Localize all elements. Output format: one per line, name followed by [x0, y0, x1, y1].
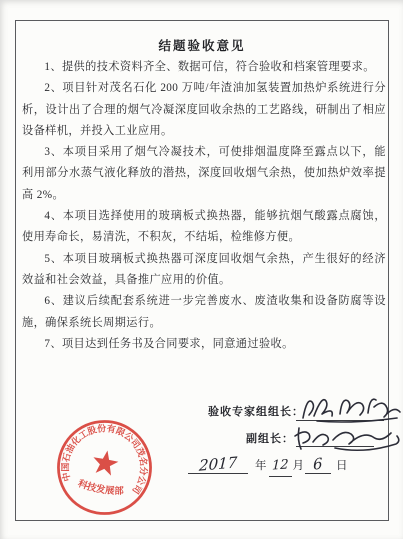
handwritten-month: 12: [271, 457, 288, 473]
opinion-item-5: 5、本项目玻璃板式换热器可深度回收烟气余热，产生很好的经济效益和社会效益，具备推…: [22, 249, 386, 292]
opinion-item-7: 7、项目达到任务书及合同要求，同意通过验收。: [22, 334, 386, 355]
scanned-document-page: 结题验收意见 1、提供的技术资料齐全、数据可信，符合验收和档案管理要求。 2、项…: [0, 0, 403, 539]
handwritten-year: 2017: [199, 453, 238, 474]
date-month-slot: 12: [269, 458, 292, 477]
date-year-slot: 2017: [188, 455, 248, 474]
document-border-frame: 结题验收意见 1、提供的技术资料齐全、数据可信，符合验收和档案管理要求。 2、项…: [15, 20, 389, 521]
company-red-seal: 中国石油化工股份有限公司茂名分公司 科技发展部: [47, 410, 162, 525]
date-day-slot: 6: [305, 455, 331, 474]
acceptance-date-row: 2017年12月6日: [188, 455, 348, 479]
year-unit-label: 年: [255, 457, 267, 473]
leader-handwritten-signature: [297, 393, 403, 425]
star-icon: [91, 448, 120, 476]
deputy-handwritten-signature: [292, 423, 403, 455]
expert-group-leader-label: 验收专家组组长：: [208, 403, 304, 419]
document-title: 结题验收意见: [16, 36, 388, 54]
month-unit-label: 月: [293, 457, 305, 473]
opinion-item-6: 6、建议后续配套系统进一步完善废水、废渣收集和设备防腐等设施，确保系统长周期运行…: [22, 291, 386, 334]
opinion-item-1: 1、提供的技术资料齐全、数据可信，符合验收和档案管理要求。: [22, 57, 386, 78]
deputy-leader-label: 副组长：: [246, 430, 294, 446]
opinion-item-3: 3、本项目采用了烟气冷凝技术，可使排烟温度降至露点以下，能利用部分水蒸气液化释放…: [22, 142, 386, 206]
handwritten-day: 6: [313, 454, 323, 473]
seal-department-text: 科技发展部: [75, 477, 126, 500]
opinion-item-4: 4、本项目选择使用的玻璃板式换热器，能够抗烟气酸露点腐蚀，使用寿命长，易清洗，不…: [22, 206, 386, 249]
opinion-item-2: 2、项目针对茂名石化 200 万吨/年渣油加氢装置加热炉系统进行分析，设计出了合…: [22, 78, 386, 142]
acceptance-opinion-body: 1、提供的技术资料齐全、数据可信，符合验收和档案管理要求。 2、项目针对茂名石化…: [22, 57, 386, 355]
day-unit-label: 日: [336, 457, 348, 473]
